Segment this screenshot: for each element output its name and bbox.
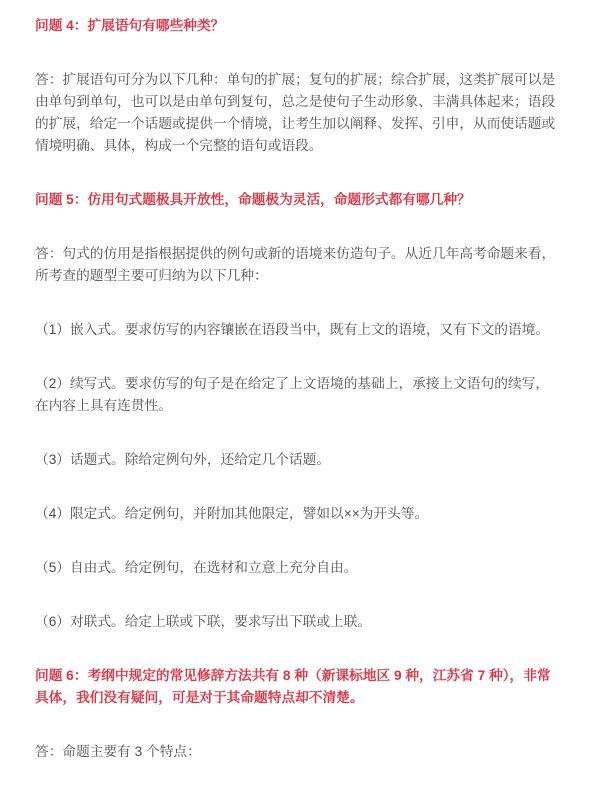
answer-paragraph: （6）对联式。给定上联或下联，要求写出下联或上联。 (35, 611, 557, 633)
answer-paragraph: （5）自由式。给定例句，在选材和立意上充分自由。 (35, 557, 557, 579)
answer-paragraph: （1）嵌入式。要求仿写的内容镶嵌在语段当中，既有上文的语境，又有下文的语境。 (35, 319, 557, 341)
question-heading: 问题 5：仿用句式题极具开放性，命题极为灵活，命题形式都有哪几种？ (35, 189, 557, 211)
question-heading: 问题 4：扩展语句有哪些种类？ (35, 15, 557, 37)
answer-paragraph: 答：命题主要有 3 个特点： (35, 741, 557, 763)
answer-paragraph: （3）话题式。除给定例句外，还给定几个话题。 (35, 449, 557, 471)
answer-paragraph: 答：句式的仿用是指根据提供的例句或新的语境来仿造句子。从近几年高考命题来看，所考… (35, 243, 557, 287)
question-heading: 问题 6：考纲中规定的常见修辞方法共有 8 种（新课标地区 9 种，江苏省 7 … (35, 665, 557, 709)
answer-paragraph: （4）限定式。给定例句，并附加其他限定，譬如以××为开头等。 (35, 503, 557, 525)
answer-paragraph: （2）续写式。要求仿写的句子是在给定了上文语境的基础上，承接上文语句的续写，在内… (35, 373, 557, 417)
document-content: 问题 4：扩展语句有哪些种类？答：扩展语句可分为以下几种：单句的扩展；复句的扩展… (35, 15, 557, 763)
document-page: 问题 4：扩展语句有哪些种类？答：扩展语句可分为以下几种：单句的扩展；复句的扩展… (0, 0, 592, 790)
answer-paragraph: 答：扩展语句可分为以下几种：单句的扩展；复句的扩展；综合扩展，这类扩展可以是由单… (35, 69, 557, 157)
